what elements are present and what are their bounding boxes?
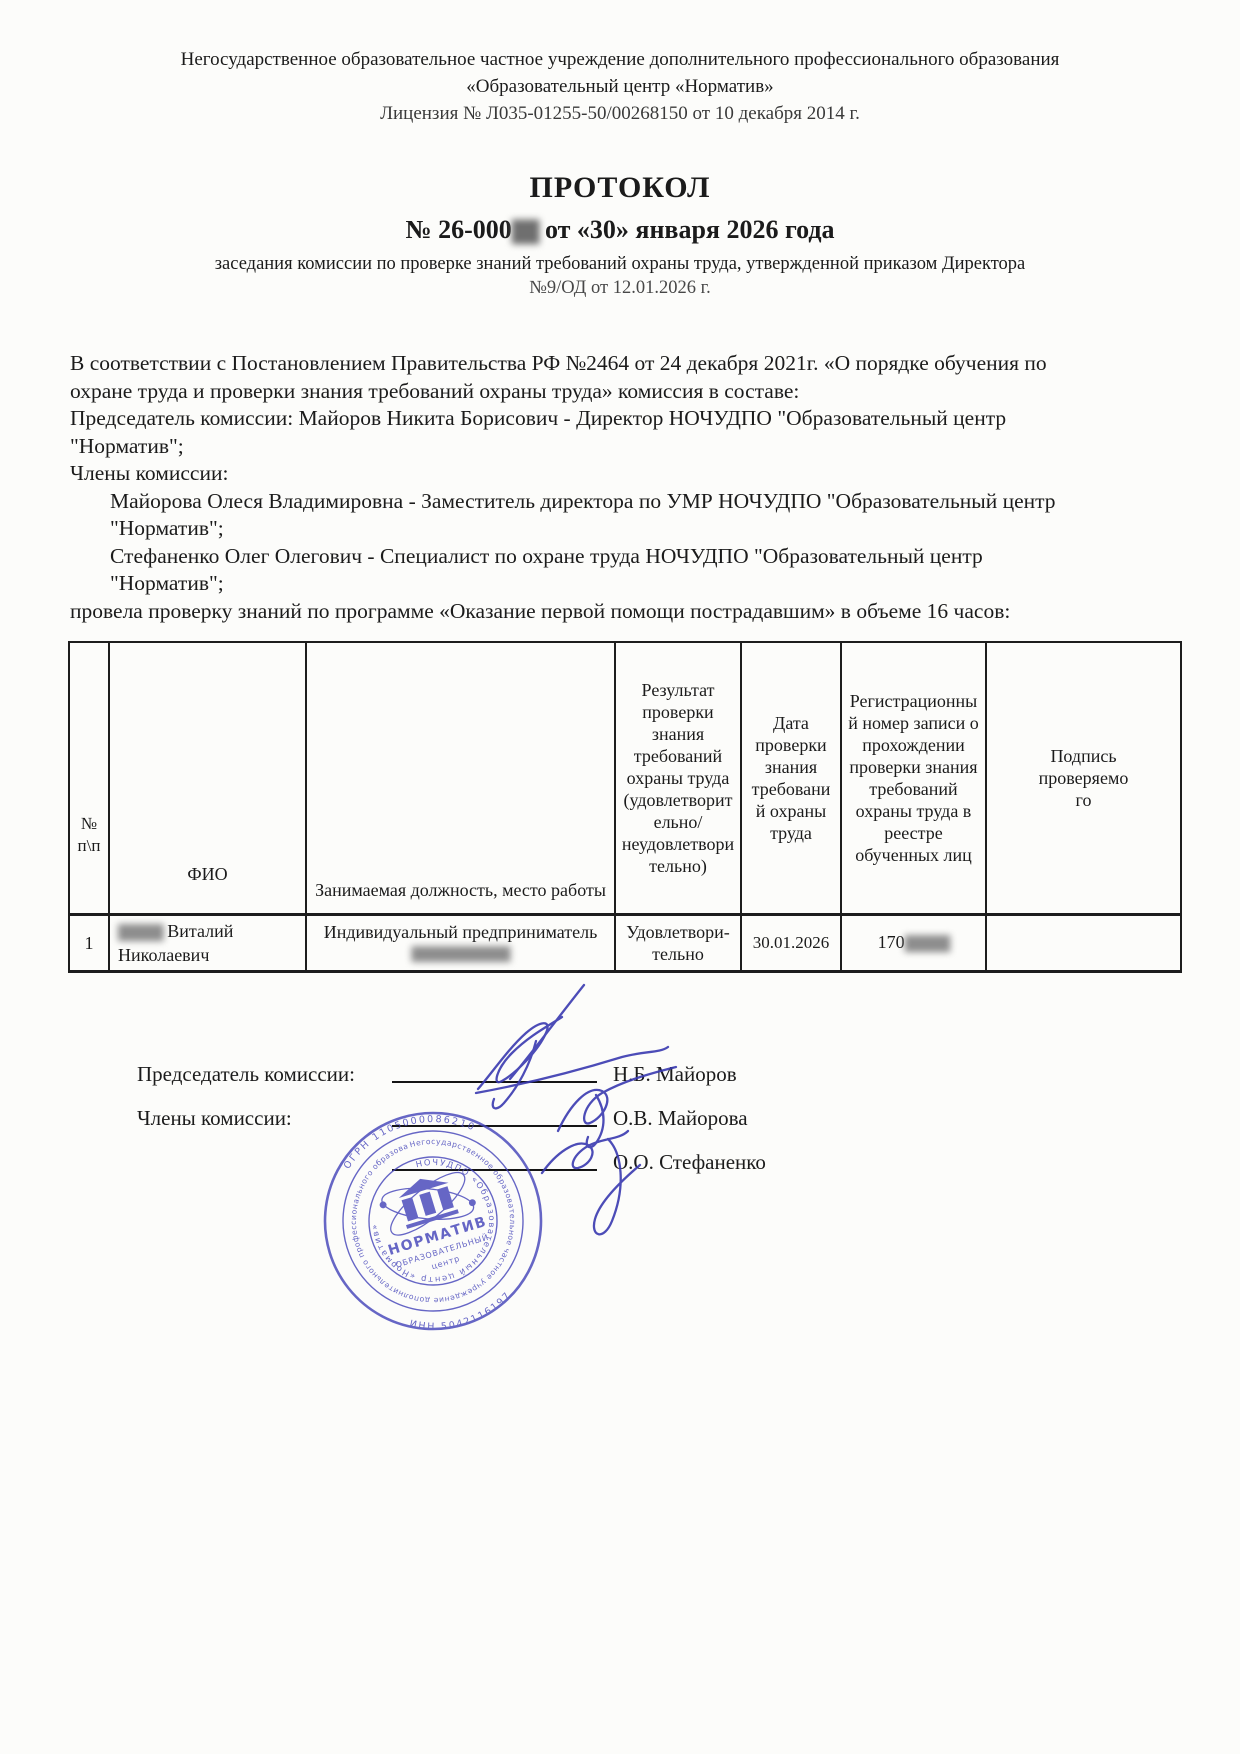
member2-signature-line: [392, 1169, 597, 1171]
position-text: Индивидуальный предприниматель: [312, 921, 609, 943]
member1-signature-line: [392, 1125, 597, 1127]
member2-name: О.О. Стефаненко: [613, 1150, 766, 1175]
stamp-center-obrazovatelny: ОБРАЗОВАТЕЛЬНЫЙ: [394, 1230, 490, 1269]
ink-overlay: ОГРН 1105000086210 ИНН 5042116197 Негосу…: [240, 981, 780, 1381]
protocol-number-prefix: № 26-000: [405, 215, 511, 244]
cell-signature: [986, 914, 1181, 971]
cell-index: 1: [69, 914, 109, 971]
header-result: Результат проверки знания требований охр…: [615, 642, 741, 914]
members-label: Члены комиссии:: [70, 460, 1090, 488]
cell-fio: █████ Виталий Николаевич: [109, 914, 306, 971]
header-signature: Подпись проверяемого: [986, 642, 1181, 914]
scanned-protocol-page: Негосударственное образовательное частно…: [0, 0, 1240, 1754]
document-title: ПРОТОКОЛ: [0, 171, 1240, 205]
cell-position: Индивидуальный предприниматель██████████…: [306, 914, 615, 971]
cell-result: Удовлетвори-тельно: [615, 914, 741, 971]
header-fio: ФИО: [109, 642, 306, 914]
body-text: В соответствии с Постановлением Правител…: [70, 350, 1090, 625]
chairman-line: Председатель комиссии: Майоров Никита Бо…: [70, 405, 1090, 460]
org-header: Негосударственное образовательное частно…: [0, 0, 1240, 127]
chairman-signature-label: Председатель комиссии:: [137, 1062, 392, 1087]
cell-reg-number: 170█████: [841, 914, 986, 971]
table-header-row: № п\п ФИО Занимаемая должность, место ра…: [69, 642, 1181, 914]
subtitle-line1: заседания комиссии по проверке знаний тр…: [0, 252, 1240, 276]
intro-paragraph: В соответствии с Постановлением Правител…: [70, 350, 1090, 405]
chairman-name: Н.Б. Майоров: [613, 1062, 737, 1087]
header-date: Дата проверки знания требований охраны т…: [741, 642, 841, 914]
results-table: № п\п ФИО Занимаемая должность, место ра…: [68, 641, 1182, 973]
header-reg-number: Регистрационный номер записи о прохожден…: [841, 642, 986, 914]
org-name-line1: Негосударственное образовательное частно…: [0, 46, 1240, 73]
header-index: № п\п: [69, 642, 109, 914]
member1-line: Майорова Олеся Владимировна - Заместител…: [70, 488, 1090, 543]
stamp-center-normativ: НОРМАТИВ: [386, 1213, 489, 1258]
chairman-signature-row: Председатель комиссии: Н.Б. Майоров: [137, 1043, 1240, 1087]
stamp-inn-text: ИНН 5042116197: [406, 1287, 519, 1343]
closing-line: провела проверку знаний по программе «Ок…: [70, 598, 1090, 626]
protocol-date-text: от «30» января 2026 года: [538, 215, 834, 244]
member1-name: О.В. Майорова: [613, 1106, 748, 1131]
protocol-number-line: № 26-000██ от «30» января 2026 года: [0, 215, 1240, 245]
stamp-building-icon: [394, 1171, 459, 1229]
header-signature-text: Подпись проверяемого: [1038, 745, 1130, 811]
signature-block: Председатель комиссии: Н.Б. Майоров Член…: [0, 1043, 1240, 1413]
member2-signature-row: О.О. Стефаненко: [137, 1131, 1240, 1175]
table-row: 1 █████ Виталий Николаевич Индивидуальны…: [69, 914, 1181, 971]
org-name-line2: «Образовательный центр «Норматив»: [0, 73, 1240, 100]
subtitle-line2: №9/ОД от 12.01.2026 г.: [0, 276, 1240, 300]
redacted-surname: █████: [118, 925, 163, 941]
title-block: ПРОТОКОЛ № 26-000██ от «30» января 2026 …: [0, 171, 1240, 300]
license-line: Лицензия № Л035-01255-50/00268150 от 10 …: [0, 100, 1240, 127]
redacted-position-line: ████████████: [312, 943, 609, 965]
redacted-protocol-digits: ██: [512, 221, 539, 243]
reg-number-prefix: 170: [878, 932, 905, 952]
member2-line: Стефаненко Олег Олегович - Специалист по…: [70, 543, 1090, 598]
cell-date: 30.01.2026: [741, 914, 841, 971]
svg-text:ИНН 5042116197: ИНН 5042116197: [406, 1287, 519, 1343]
redacted-reg-digits: █████: [905, 936, 950, 952]
member1-signature-row: Члены комиссии: О.В. Майорова: [137, 1087, 1240, 1131]
header-position: Занимаемая должность, место работы: [306, 642, 615, 914]
chairman-signature-line: [392, 1081, 597, 1083]
members-signature-label: Члены комиссии:: [137, 1106, 392, 1131]
stamp-center-centr: центр: [430, 1254, 461, 1271]
